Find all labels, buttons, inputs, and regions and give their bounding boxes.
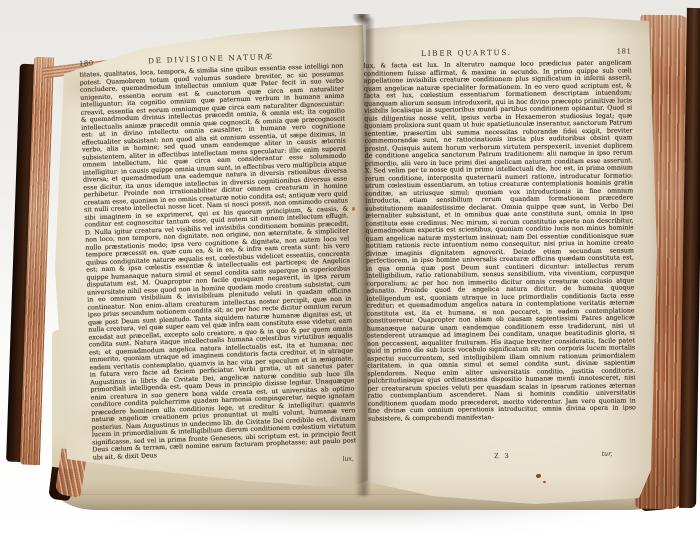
- right-running-title: LIBER QUARTUS.: [363, 47, 605, 59]
- paper-stain: [78, 398, 140, 450]
- left-header-spacer: [317, 57, 343, 58]
- right-page-header: LIBER QUARTUS. 181: [363, 46, 631, 58]
- foxing-spot: [543, 481, 546, 483]
- right-page-catchword: tur,: [602, 451, 613, 458]
- paper-stain: [56, 66, 110, 108]
- gutter-top-notch: [352, 14, 372, 26]
- right-page-body: lux, & facta est lux. In alterutro namqu…: [364, 59, 637, 452]
- book-photo: 180 DE DIVISIONE NATURÆ titates, qualita…: [0, 0, 700, 536]
- right-page-number: 181: [605, 47, 631, 55]
- paper-stain: [588, 60, 636, 120]
